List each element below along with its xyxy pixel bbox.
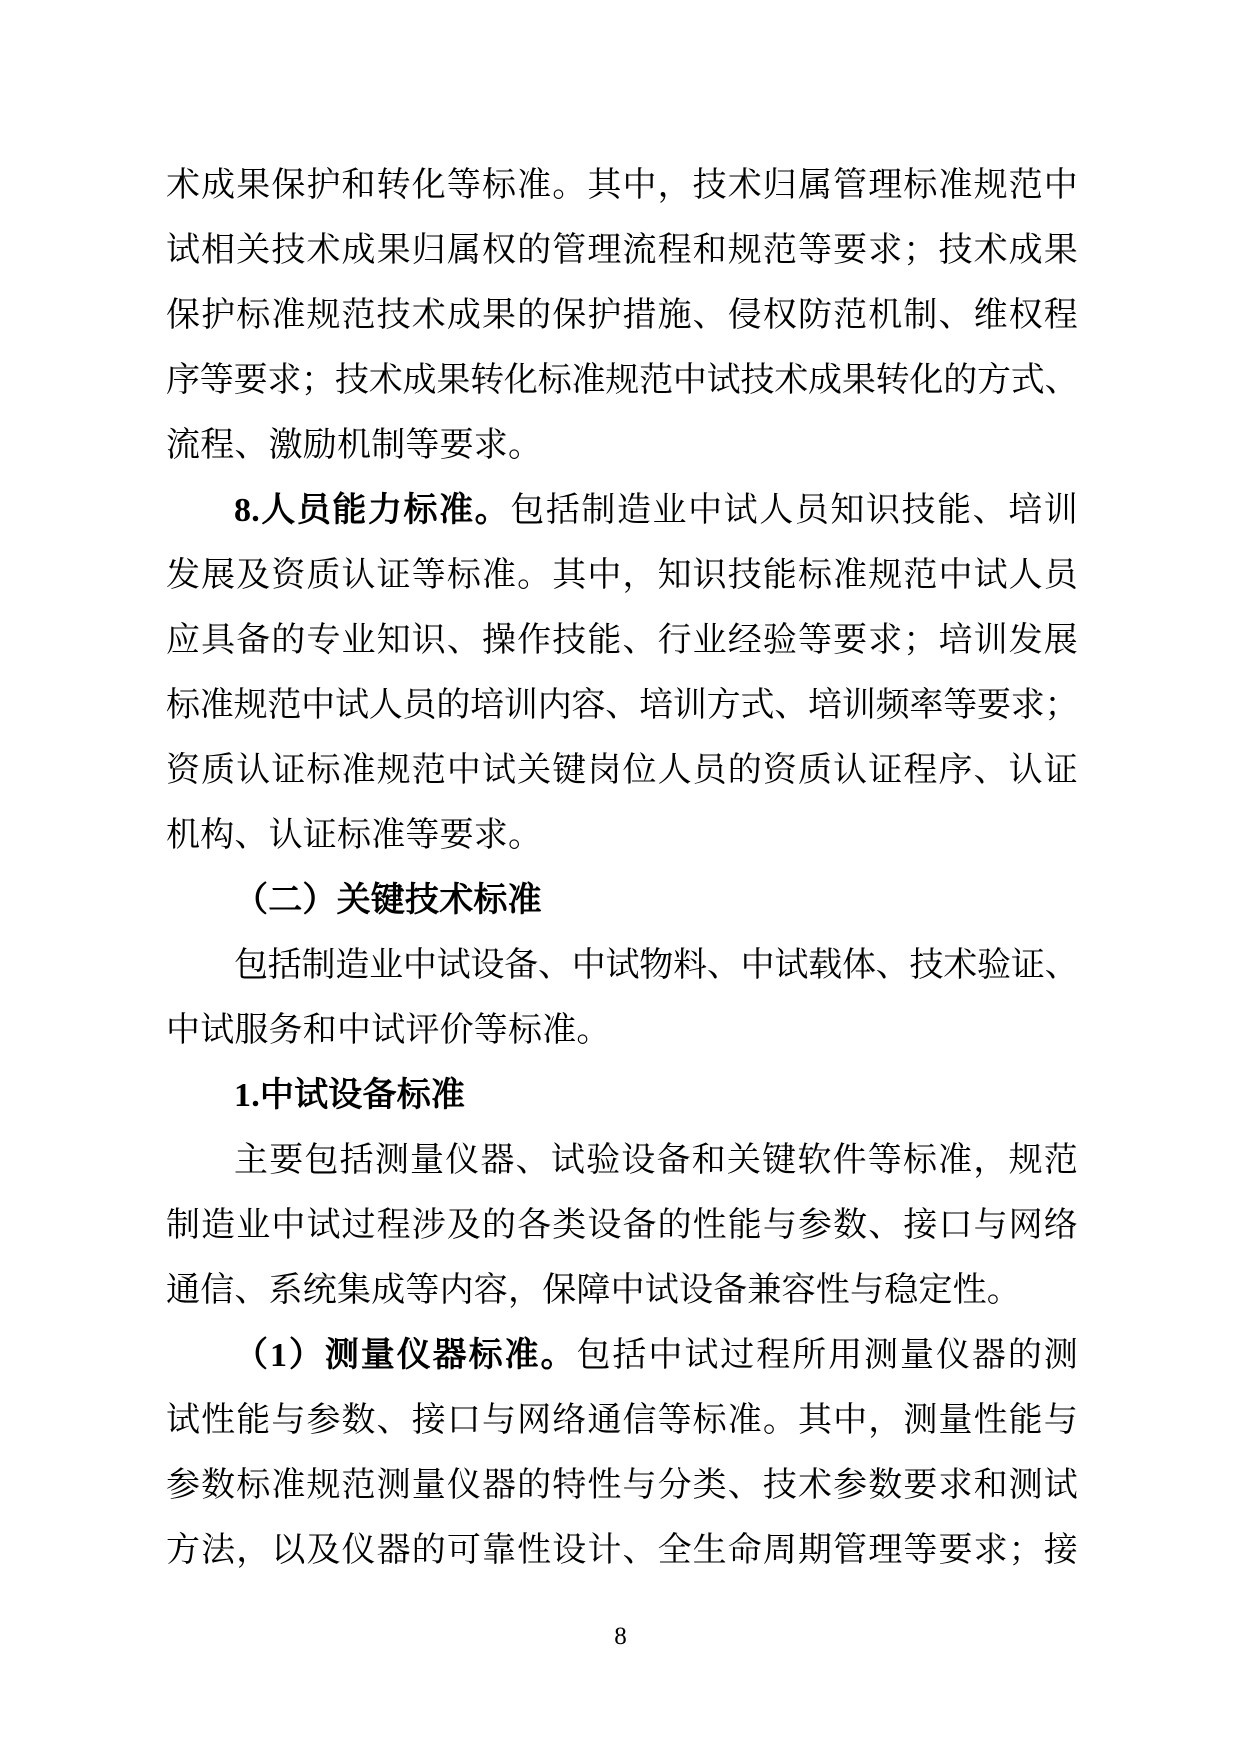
text-line: 主要包括测量仪器、试验设备和关键软件等标准，规范: [166, 1128, 1078, 1193]
text-line: 应具备的专业知识、操作技能、行业经验等要求；培训发展: [166, 608, 1078, 673]
text-line: 保护标准规范技术成果的保护措施、侵权防范机制、维权程: [166, 283, 1078, 348]
text-segment: 机构、认证标准等要求。: [166, 817, 542, 854]
text-line: 8.人员能力标准。包括制造业中试人员知识技能、培训: [166, 478, 1078, 543]
text-segment: 制造业中试过程涉及的各类设备的性能与参数、接口与网络: [166, 1207, 1078, 1244]
text-line: 方法，以及仪器的可靠性设计、全生命周期管理等要求；接: [166, 1518, 1078, 1583]
text-line: 通信、系统集成等内容，保障中试设备兼容性与稳定性。: [166, 1258, 1078, 1323]
text-segment: 应具备的专业知识、操作技能、行业经验等要求；培训发展: [166, 622, 1078, 659]
text-segment: 包括制造业中试设备、中试物料、中试载体、技术验证、: [234, 947, 1078, 984]
text-segment: 参数标准规范测量仪器的特性与分类、技术参数要求和测试: [166, 1467, 1078, 1504]
document-page: 术成果保护和转化等标准。其中，技术归属管理标准规范中试相关技术成果归属权的管理流…: [0, 0, 1241, 1754]
text-line: 1.中试设备标准: [166, 1063, 1078, 1128]
text-line: 参数标准规范测量仪器的特性与分类、技术参数要求和测试: [166, 1453, 1078, 1518]
text-segment: 序等要求；技术成果转化标准规范中试技术成果转化的方式、: [166, 362, 1078, 399]
text-line: （1）测量仪器标准。包括中试过程所用测量仪器的测: [166, 1323, 1078, 1388]
bold-text-segment: 1.中试设备标准: [234, 1077, 465, 1114]
page-number: 8: [0, 1622, 1241, 1652]
text-segment: 中试服务和中试评价等标准。: [166, 1012, 611, 1049]
text-segment: 包括制造业中试人员知识技能、培训: [510, 492, 1078, 529]
text-segment: 试性能与参数、接口与网络通信等标准。其中，测量性能与: [166, 1402, 1078, 1439]
text-segment: 方法，以及仪器的可靠性设计、全生命周期管理等要求；接: [166, 1532, 1078, 1569]
bold-text-segment: （1）测量仪器标准。: [234, 1337, 576, 1374]
text-segment: 流程、激励机制等要求。: [166, 427, 542, 464]
text-line: 资质认证标准规范中试关键岗位人员的资质认证程序、认证: [166, 738, 1078, 803]
text-line: 中试服务和中试评价等标准。: [166, 998, 1078, 1063]
text-line: 制造业中试过程涉及的各类设备的性能与参数、接口与网络: [166, 1193, 1078, 1258]
text-line: 包括制造业中试设备、中试物料、中试载体、技术验证、: [166, 933, 1078, 998]
text-line: 试性能与参数、接口与网络通信等标准。其中，测量性能与: [166, 1388, 1078, 1453]
text-segment: 术成果保护和转化等标准。其中，技术归属管理标准规范中: [166, 167, 1078, 204]
text-content: 术成果保护和转化等标准。其中，技术归属管理标准规范中试相关技术成果归属权的管理流…: [166, 153, 1078, 1583]
bold-text-segment: 8.人员能力标准。: [234, 492, 510, 529]
text-line: 标准规范中试人员的培训内容、培训方式、培训频率等要求；: [166, 673, 1078, 738]
text-segment: 主要包括测量仪器、试验设备和关键软件等标准，规范: [234, 1142, 1078, 1179]
text-segment: 保护标准规范技术成果的保护措施、侵权防范机制、维权程: [166, 297, 1078, 334]
text-line: 序等要求；技术成果转化标准规范中试技术成果转化的方式、: [166, 348, 1078, 413]
bold-text-segment: （二）关键技术标准: [234, 882, 542, 919]
text-line: 术成果保护和转化等标准。其中，技术归属管理标准规范中: [166, 153, 1078, 218]
text-segment: 通信、系统集成等内容，保障中试设备兼容性与稳定性。: [166, 1272, 1021, 1309]
text-segment: 资质认证标准规范中试关键岗位人员的资质认证程序、认证: [166, 752, 1078, 789]
text-segment: 试相关技术成果归属权的管理流程和规范等要求；技术成果: [166, 232, 1078, 269]
text-line: 流程、激励机制等要求。: [166, 413, 1078, 478]
text-line: 试相关技术成果归属权的管理流程和规范等要求；技术成果: [166, 218, 1078, 283]
text-segment: 标准规范中试人员的培训内容、培训方式、培训频率等要求；: [166, 687, 1078, 724]
text-segment: 包括中试过程所用测量仪器的测: [576, 1337, 1078, 1374]
text-line: 机构、认证标准等要求。: [166, 803, 1078, 868]
text-segment: 发展及资质认证等标准。其中，知识技能标准规范中试人员: [166, 557, 1078, 594]
text-line: 发展及资质认证等标准。其中，知识技能标准规范中试人员: [166, 543, 1078, 608]
text-line: （二）关键技术标准: [166, 868, 1078, 933]
